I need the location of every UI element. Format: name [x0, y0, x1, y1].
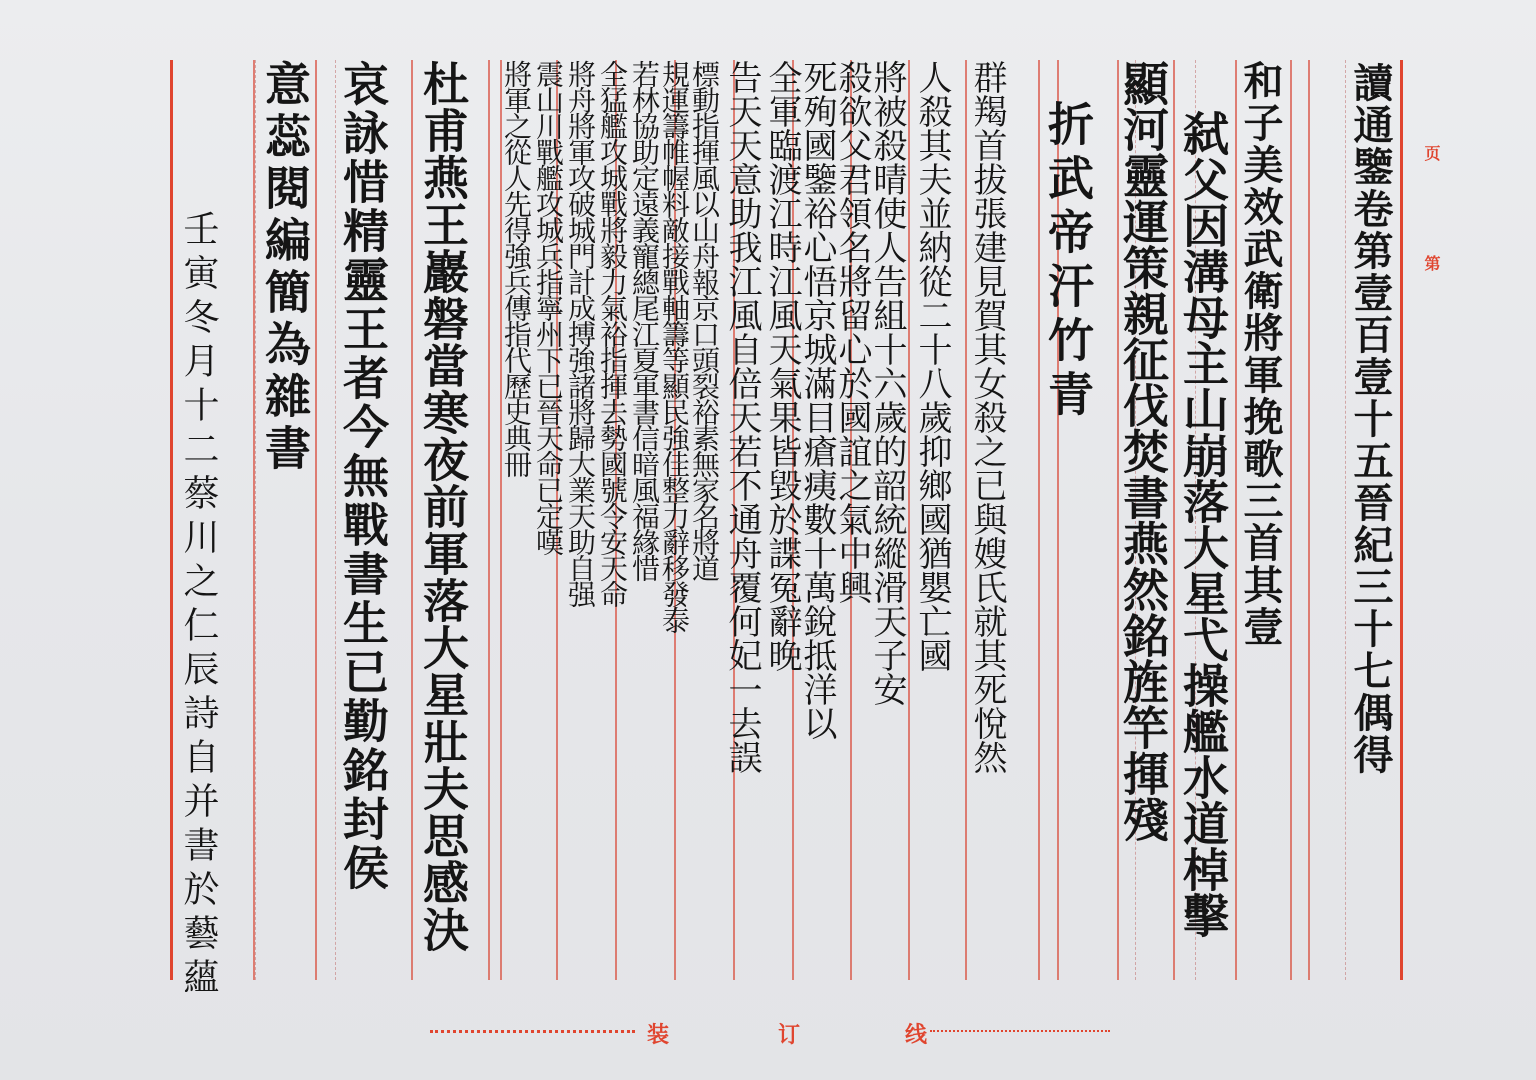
note-column: 將被殺晴使人告組十六歲的韶統縱滑天子安 [870, 60, 904, 706]
signature-column: 壬寅冬月十二蔡川之仁辰詩自并書於藝蘊 [180, 210, 216, 1002]
ruling-line [315, 60, 317, 980]
note-column: 規運籌帷幄料敵接戰軸籌等顯民強佳整力辭移發泰 [660, 60, 688, 632]
verse-column: 哀詠惜精靈王者今無戰書生已勤銘封侯 [340, 60, 386, 893]
binding-label: 订 [778, 1018, 800, 1049]
ruling-line [1173, 60, 1175, 980]
note-column: 震山川戰艦攻城兵指寧州下已晉天命已定嘆 [534, 60, 562, 554]
ruling-line [1308, 60, 1310, 980]
note-column: 將軍之從人先得強兵傳指代歷史典冊 [502, 60, 530, 476]
border-rule-right [1400, 60, 1403, 980]
binding-label: 装 [647, 1018, 669, 1049]
note-column: 人殺其夫並納從二十八歲抑鄉國猶嬰亡國 [915, 60, 949, 672]
binding-line-left [430, 1030, 635, 1036]
ruling-line [411, 60, 413, 980]
note-column: 將舟將軍攻破城門計成搏強諸將歸大業天助自强 [566, 60, 594, 606]
binding-label: 线 [905, 1018, 927, 1049]
verse-column: 顯河靈運策親征伐焚書燕然銘旌竿揮殘 [1120, 60, 1166, 842]
note-column: 若林協助定遠義寵總尾江夏軍書信暗風福緣惜 [630, 60, 658, 580]
ruling-line [488, 60, 490, 980]
verse-column: 杜甫燕王巖磐當寒夜前軍落大星壯夫思感決 [420, 60, 466, 953]
binding-line-right [930, 1030, 1110, 1035]
poem-title-column: 和子美效武衛將軍挽歌三首其壹 [1240, 60, 1280, 648]
note-column: 殺欲父君領名將留心於國誼之氣中興 [835, 60, 869, 604]
verse-column: 弑父因溝母主山崩落大星弋操艦水道棹擊 [1180, 110, 1226, 938]
border-rule-left [170, 60, 173, 980]
verse-column: 意蕊閱編簡為雜書 [262, 60, 308, 476]
heading-column: 讀通鑒卷第壹百壹十五晉紀三十七偶得 [1350, 62, 1390, 776]
ruling-line [908, 60, 910, 980]
note-column: 死殉國鑒裕心悟京城滿目瘡痍數十萬銳抵洋以 [800, 60, 834, 740]
note-column: 全猛艦攻城戰將毅力氣裕指揮去勢國號令安天命 [598, 60, 626, 606]
page-label-bottom: 第 [1420, 255, 1443, 271]
note-column: 全軍臨渡江時江風天氣果皆毀於諜冤辭晚 [765, 60, 799, 672]
ruling-line [1038, 60, 1040, 980]
note-column: 標動指揮風以山舟報京口頭裂裕素無家名將道 [690, 60, 718, 580]
ruling-line [1290, 60, 1292, 980]
manuscript-paper: 页 第 讀通鑒卷第壹百壹十五晉紀三十七偶得 和子美效武衛將軍挽歌三首其壹 弑父因… [0, 0, 1536, 1080]
page-label-top: 页 [1420, 145, 1443, 161]
verse-column: 折武帝汗竹青 [1045, 100, 1091, 424]
ruling-line [255, 60, 257, 980]
note-column: 告天天意助我江風自倍天若不通舟覆何妃一去誤 [725, 60, 759, 774]
note-column: 群羯首拔張建見賀其女殺之已與嫂氏就其死悅然 [970, 60, 1004, 774]
